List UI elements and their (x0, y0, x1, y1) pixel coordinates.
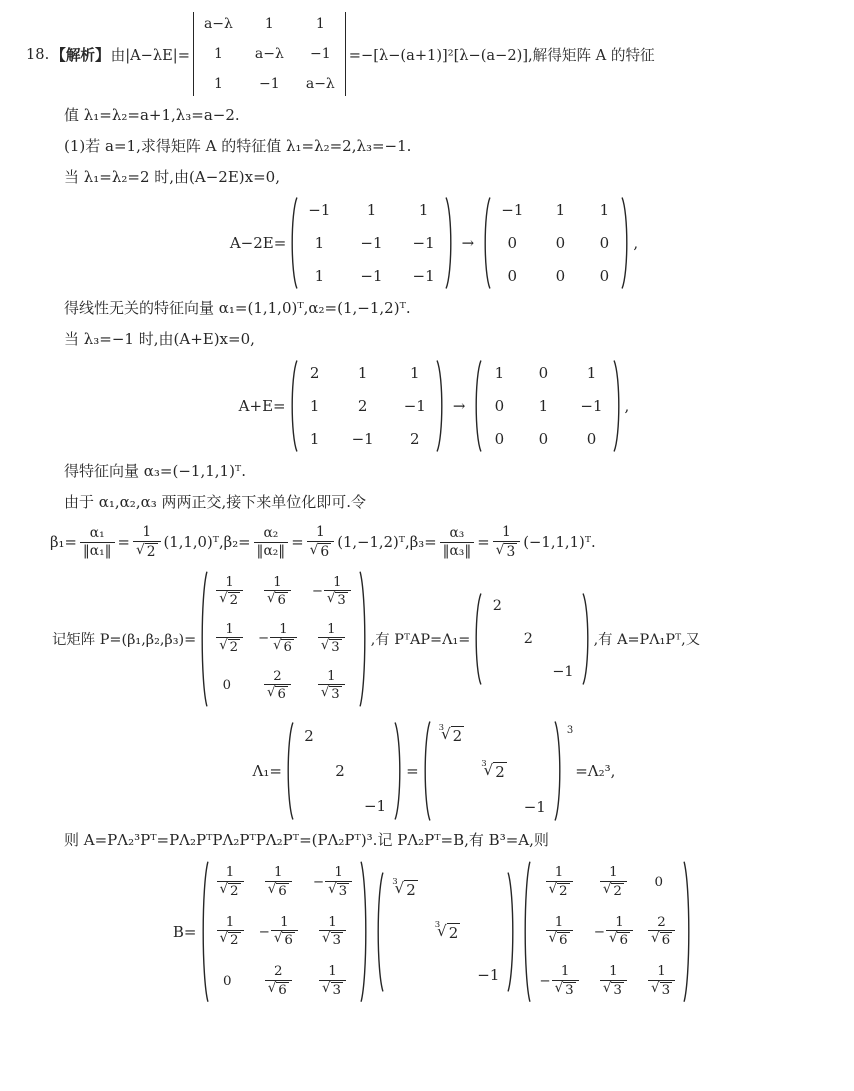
p-line-mid: ,有 PᵀAP=Λ₁= (371, 628, 471, 649)
line-lambda-cube: Λ₁= 2 2 −1 = 3√2 3√2 −1 3 =Λ₂³, (26, 721, 842, 821)
sqrt-icon: √ (496, 543, 505, 558)
matrix-ae-reduced: 101 01−1 000 (473, 360, 621, 452)
paren-right (507, 872, 516, 992)
matrix-cell: 1 (364, 201, 378, 219)
matrix-cell: −1√3 (313, 865, 352, 899)
line-beta-definitions: β₁= α₁‖α₁‖ = 1√2 (1,1,0)ᵀ, β₂= α₂‖α₂‖ = … (50, 525, 842, 560)
paren-right (683, 861, 692, 1002)
matrix-cell: 1√2 (216, 575, 243, 609)
beta3-norm-fraction: α₃‖α₃‖ (440, 526, 475, 560)
matrix-cell: 1 (211, 46, 225, 62)
matrix-cell: 1√3 (318, 669, 345, 703)
arrow-icon: → (462, 234, 475, 252)
line-eigenvectors-12: 得线性无关的特征向量 α₁=(1,1,0)ᵀ,α₂=(1,−1,2)ᵀ. (64, 298, 842, 320)
line1-lead-text: 由|A−λE|= (111, 44, 190, 65)
matrix-cell: 0 (492, 397, 506, 415)
matrix-cell: 0 (223, 678, 237, 693)
matrix-cell: 1√6 (265, 865, 292, 899)
matrix-cell: 1 (536, 397, 550, 415)
line1-tail-text: =−[λ−(a+1)]²[λ−(a−2)],解得矩阵 A 的特征 (349, 44, 655, 65)
matrix-cell: 1 (313, 16, 327, 32)
paren-left (375, 872, 384, 992)
matrix-grid: 3√2 3√2 −1 (431, 721, 554, 821)
matrix-cell: 1√3 (600, 964, 627, 998)
beta3-vector: (−1,1,1)ᵀ. (523, 534, 596, 551)
paren-left (422, 721, 431, 821)
equals-sign: = (291, 534, 303, 551)
matrix-cell: 1√3 (318, 622, 345, 656)
matrix-lambda2-cuberoot: 3√2 3√2 −1 (422, 721, 563, 821)
matrix-cell: −1 (552, 664, 573, 680)
determinant-matrix: a−λ11 1a−λ−1 1−1a−λ (193, 12, 346, 96)
matrix-lambda2-cuberoot: 3√2 3√2 −1 (375, 872, 516, 992)
matrix-cell: 1√2 (217, 915, 244, 949)
cube-root-radical: 3√2 (481, 762, 507, 781)
matrix-cell: −1 (501, 201, 523, 219)
matrix-cell: 1 (312, 267, 326, 285)
equation-a-minus-2e: A−2E= −111 1−1−1 1−1−1 → −111 000 000 , (26, 197, 842, 289)
matrix-cell: −1 (413, 267, 435, 285)
matrix-cell: −1√6 (258, 622, 297, 656)
matrix-cell: −1 (413, 234, 435, 252)
line-determinant: 18. 【解析】 由|A−λE|= a−λ11 1a−λ−1 1−1a−λ =−… (26, 12, 842, 96)
matrix-ae: 211 12−1 1−12 (289, 360, 445, 452)
matrix-cell: a−λ (204, 16, 233, 32)
paren-right (394, 722, 403, 820)
matrix-cell: 1 (308, 430, 322, 448)
matrix-cell: a−λ (306, 76, 335, 92)
cube-root-radical: 3√2 (392, 880, 418, 899)
paren-right (582, 593, 591, 685)
matrix-cell: 1√3 (319, 964, 346, 998)
cube-root-radical: 3√2 (435, 923, 461, 942)
beta1-vector: (1,1,0)ᵀ, (164, 534, 224, 551)
matrix-cell: 1 (356, 364, 370, 382)
matrix-p: 1√2 1√6 −1√3 1√2 −1√6 1√3 0 2√6 1√3 (199, 571, 368, 707)
equals-sign: = (477, 534, 489, 551)
matrix-cell: −1 (524, 798, 546, 816)
matrix-cell: 1 (408, 364, 422, 382)
matrix-cell: 2 (356, 397, 370, 415)
line-eigenvalues: 值 λ₁=λ₂=a+1,λ₃=a−2. (64, 105, 842, 127)
sqrt-radical: √6 (310, 543, 332, 561)
sqrt-radical: √3 (496, 543, 518, 561)
beta2-vector: (1,−1,2)ᵀ, (337, 534, 410, 551)
eq2-lhs: A+E= (239, 397, 286, 415)
matrix-cell: 2√6 (265, 964, 292, 998)
matrix-cell: 1 (597, 201, 611, 219)
matrix-p: 1√2 1√6 −1√3 1√2 −1√6 1√3 0 2√6 1√3 (200, 861, 370, 1002)
beta1-coef-fraction: 1√2 (133, 525, 161, 560)
matrix-cell: 1√2 (216, 622, 243, 656)
paren-left (199, 571, 208, 707)
matrix-cell: 1 (262, 16, 276, 32)
matrix-lambda1: 2 2 −1 (473, 593, 590, 685)
matrix-cell: −1 (364, 797, 386, 815)
matrix-grid: 2 2 −1 (482, 593, 581, 685)
matrix-cell: −1 (580, 397, 602, 415)
matrix-cell: 2 (333, 762, 347, 780)
beta3-coef-fraction: 1√3 (493, 525, 521, 560)
matrix-cell: −1 (310, 46, 331, 62)
matrix-cell: −1 (259, 76, 280, 92)
beta1-norm-fraction: α₁‖α₁‖ (80, 526, 115, 560)
beta2-norm-fraction: α₂‖α₂‖ (254, 526, 289, 560)
matrix-cell: 2 (302, 727, 316, 745)
matrix-cell: 2 (308, 364, 322, 382)
matrix-cell: 0 (505, 267, 519, 285)
beta2-coef-fraction: 1√6 (307, 525, 335, 560)
matrix-cell: −1 (308, 201, 330, 219)
beta2-head: β₂= (224, 534, 251, 551)
matrix-cell: 1√2 (217, 865, 244, 899)
matrix-cell: 1 (312, 234, 326, 252)
matrix-cell: 1 (492, 364, 506, 382)
solution-document: 18. 【解析】 由|A−λE|= a−λ11 1a−λ−1 1−1a−λ =−… (0, 0, 854, 1003)
sqrt-icon: √ (136, 543, 145, 558)
matrix-cell: 0 (505, 234, 519, 252)
paren-left (522, 861, 531, 1002)
matrix-grid: 1√2 1√2 0 1√6 −1√6 2√6 −1√3 1√3 1√3 (531, 861, 683, 1002)
paren-right (359, 571, 368, 707)
beta1-head: β₁= (50, 534, 77, 551)
matrix-cell: −1√3 (539, 964, 578, 998)
matrix-cell: 1√6 (264, 575, 291, 609)
paren-right (445, 197, 454, 289)
matrix-cell: −1 (360, 267, 382, 285)
paren-left (473, 360, 482, 452)
matrix-cell: 0 (597, 267, 611, 285)
b-line-lhs: B= (173, 923, 197, 941)
matrix-a2e: −111 1−1−1 1−1−1 (289, 197, 453, 289)
solution-tag: 【解析】 (51, 44, 109, 65)
matrix-cell: 1 (308, 397, 322, 415)
eq2-tail: , (625, 397, 630, 415)
line-b-product: B= 1√2 1√6 −1√3 1√2 −1√6 1√3 0 2√6 1√3 3… (26, 861, 842, 1002)
cube-root-radical: 3√2 (439, 726, 465, 745)
matrix-grid: −111 000 000 (491, 197, 621, 289)
matrix-grid: 211 12−1 1−12 (298, 360, 436, 452)
matrix-grid: 1√2 1√6 −1√3 1√2 −1√6 1√3 0 2√6 1√3 (208, 571, 359, 707)
matrix-cell: 0 (536, 430, 550, 448)
line-b-definition: 则 A=PΛ₂³Pᵀ=PΛ₂PᵀPΛ₂PᵀPΛ₂Pᵀ=(PΛ₂Pᵀ)³.记 PΛ… (64, 830, 842, 852)
paren-left (289, 197, 298, 289)
beta3-head: β₃= (410, 534, 437, 551)
matrix-cell: 2 (490, 598, 504, 614)
problem-number: 18. (26, 46, 49, 63)
lambda-line-lhs: Λ₁= (253, 762, 282, 780)
matrix-cell: 1√6 (546, 915, 573, 949)
paren-right (554, 721, 563, 821)
matrix-a2e-reduced: −111 000 000 (482, 197, 630, 289)
paren-right (613, 360, 622, 452)
matrix-grid: 101 01−1 000 (482, 360, 612, 452)
line-eigenvector-3: 得特征向量 α₃=(−1,1,1)ᵀ. (64, 461, 842, 483)
matrix-cell: 0 (655, 875, 669, 890)
line-orthogonal: 由于 α₁,α₂,α₃ 两两正交,接下来单位化即可.令 (64, 492, 842, 514)
eq1-tail: , (633, 234, 638, 252)
matrix-cell: −1 (360, 234, 382, 252)
matrix-cell: 0 (553, 234, 567, 252)
arrow-icon: → (453, 397, 466, 415)
matrix-p-transpose: 1√2 1√2 0 1√6 −1√6 2√6 −1√3 1√3 1√3 (522, 861, 692, 1002)
paren-right (621, 197, 630, 289)
matrix-cell: a−λ (255, 46, 284, 62)
matrix-cell: 2√6 (264, 669, 291, 703)
matrix-cell: 2 (521, 631, 535, 647)
matrix-cell: 1 (211, 76, 225, 92)
matrix-cell: −1 (477, 966, 499, 984)
matrix-cell: 0 (536, 364, 550, 382)
matrix-exponent: 3 (567, 725, 573, 736)
p-line-lead: 记矩阵 P=(β₁,β₂,β₃)= (52, 628, 196, 649)
matrix-cell: 1√3 (648, 964, 675, 998)
matrix-cell: 1√2 (546, 865, 573, 899)
determinant-bar-right (345, 12, 346, 96)
matrix-cell: −1 (404, 397, 426, 415)
matrix-cell: −1√3 (312, 575, 351, 609)
equation-a-plus-e: A+E= 211 12−1 1−12 → 101 01−1 000 , (26, 360, 842, 452)
matrix-grid: −111 1−1−1 1−1−1 (298, 197, 444, 289)
determinant-grid: a−λ11 1a−λ−1 1−1a−λ (194, 12, 345, 96)
matrix-cell: 1 (417, 201, 431, 219)
matrix-cell: 0 (584, 430, 598, 448)
paren-left (285, 722, 294, 820)
paren-left (200, 861, 209, 1002)
matrix-cell: 1 (553, 201, 567, 219)
paren-left (482, 197, 491, 289)
paren-left (473, 593, 482, 685)
line-p-matrix: 记矩阵 P=(β₁,β₂,β₃)= 1√2 1√6 −1√3 1√2 −1√6 … (52, 571, 842, 707)
matrix-grid: 3√2 3√2 −1 (384, 872, 507, 992)
matrix-cell: −1√6 (259, 915, 298, 949)
matrix-cell: 1√2 (600, 865, 627, 899)
lambda-line-tail: =Λ₂³, (575, 762, 615, 780)
matrix-cell: −1 (352, 430, 374, 448)
equals-sign: = (118, 534, 130, 551)
paren-right (360, 861, 369, 1002)
line-lambda12: 当 λ₁=λ₂=2 时,由(A−2E)x=0, (64, 167, 842, 189)
matrix-cell: 0 (223, 974, 237, 989)
matrix-cell: 1 (584, 364, 598, 382)
matrix-cell: 0 (597, 234, 611, 252)
matrix-grid: 2 2 −1 (294, 722, 394, 820)
matrix-cell: 2 (408, 430, 422, 448)
line-part1: (1)若 a=1,求得矩阵 A 的特征值 λ₁=λ₂=2,λ₃=−1. (64, 136, 842, 158)
p-line-tail: ,有 A=PΛ₁Pᵀ,又 (594, 628, 701, 649)
sqrt-radical: √2 (136, 543, 158, 561)
paren-left (289, 360, 298, 452)
matrix-cell: −1√6 (594, 915, 633, 949)
equals-sign: = (406, 762, 419, 780)
matrix-cell: 1√3 (319, 915, 346, 949)
eq1-lhs: A−2E= (230, 234, 286, 252)
matrix-cell: 2√6 (648, 915, 675, 949)
matrix-cell: 0 (553, 267, 567, 285)
matrix-cell: 0 (492, 430, 506, 448)
line-lambda3: 当 λ₃=−1 时,由(A+E)x=0, (64, 329, 842, 351)
paren-right (436, 360, 445, 452)
matrix-lambda1: 2 2 −1 (285, 722, 403, 820)
matrix-grid: 1√2 1√6 −1√3 1√2 −1√6 1√3 0 2√6 1√3 (209, 861, 361, 1002)
sqrt-icon: √ (310, 543, 319, 558)
